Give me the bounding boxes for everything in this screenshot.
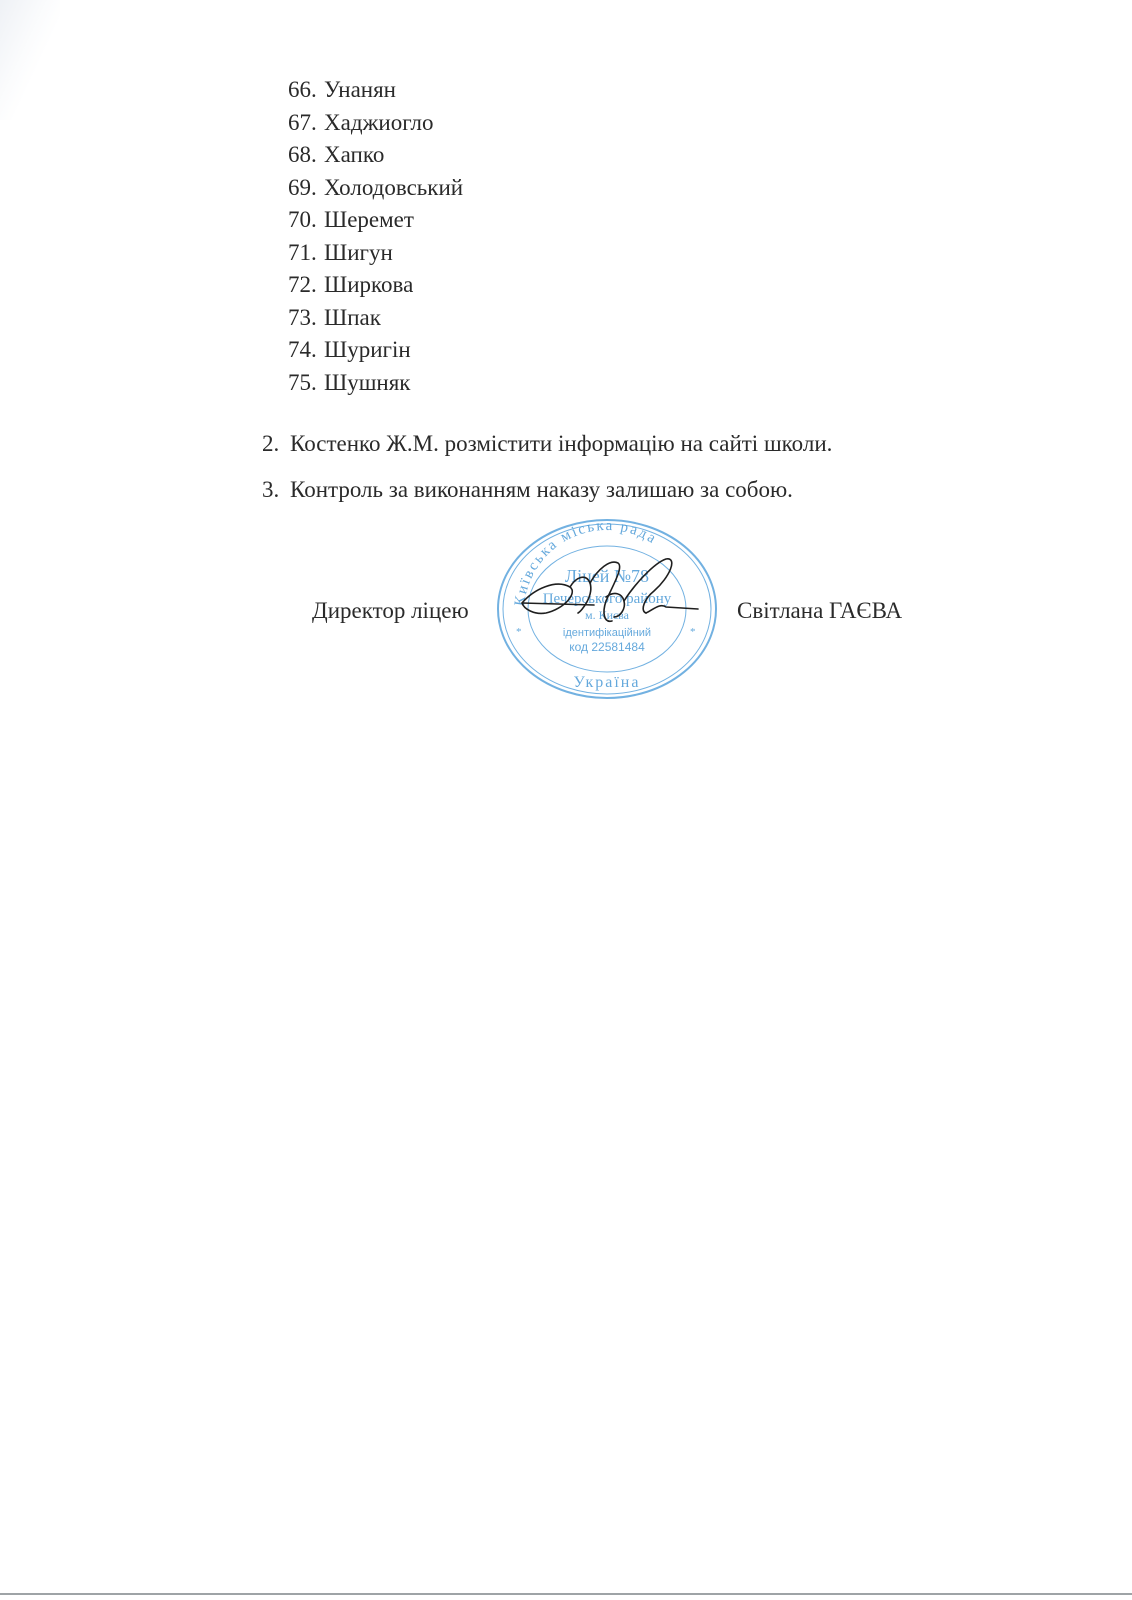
list-item: 71.Шигун [288,237,463,270]
order-item-2: 2.Костенко Ж.М. розмістити інформацію на… [262,431,832,457]
signatory-title: Директор ліцею [312,598,469,624]
stamp-outer-bottom-text: Україна [574,674,641,691]
official-stamp: Київська міська рада Ліцей №78 Печерсько… [494,517,720,701]
list-item: 75.Шушняк [288,367,463,400]
list-item: 74.Шуригін [288,334,463,367]
signatory-name: Світлана ГАЄВА [737,598,902,624]
list-item: 73.Шпак [288,302,463,335]
scan-smudge [0,0,60,120]
page-bottom-edge [0,1593,1132,1595]
list-item: 68.Хапко [288,139,463,172]
list-item: 70.Шеремет [288,204,463,237]
list-item: 69.Холодовський [288,172,463,205]
order-item-3: 3.Контроль за виконанням наказу залишаю … [262,477,793,503]
stamp-line5: код 22581484 [569,640,645,654]
stamp-star-icon: * [516,626,522,638]
stamp-star-icon: * [690,626,696,638]
list-item: 66.Унанян [288,74,463,107]
stamp-line4: ідентифікаційний [563,627,651,639]
list-item: 72.Ширкова [288,269,463,302]
list-item: 67.Хаджиогло [288,107,463,140]
name-list: 66.Унанян 67.Хаджиогло 68.Хапко 69.Холод… [288,74,463,399]
